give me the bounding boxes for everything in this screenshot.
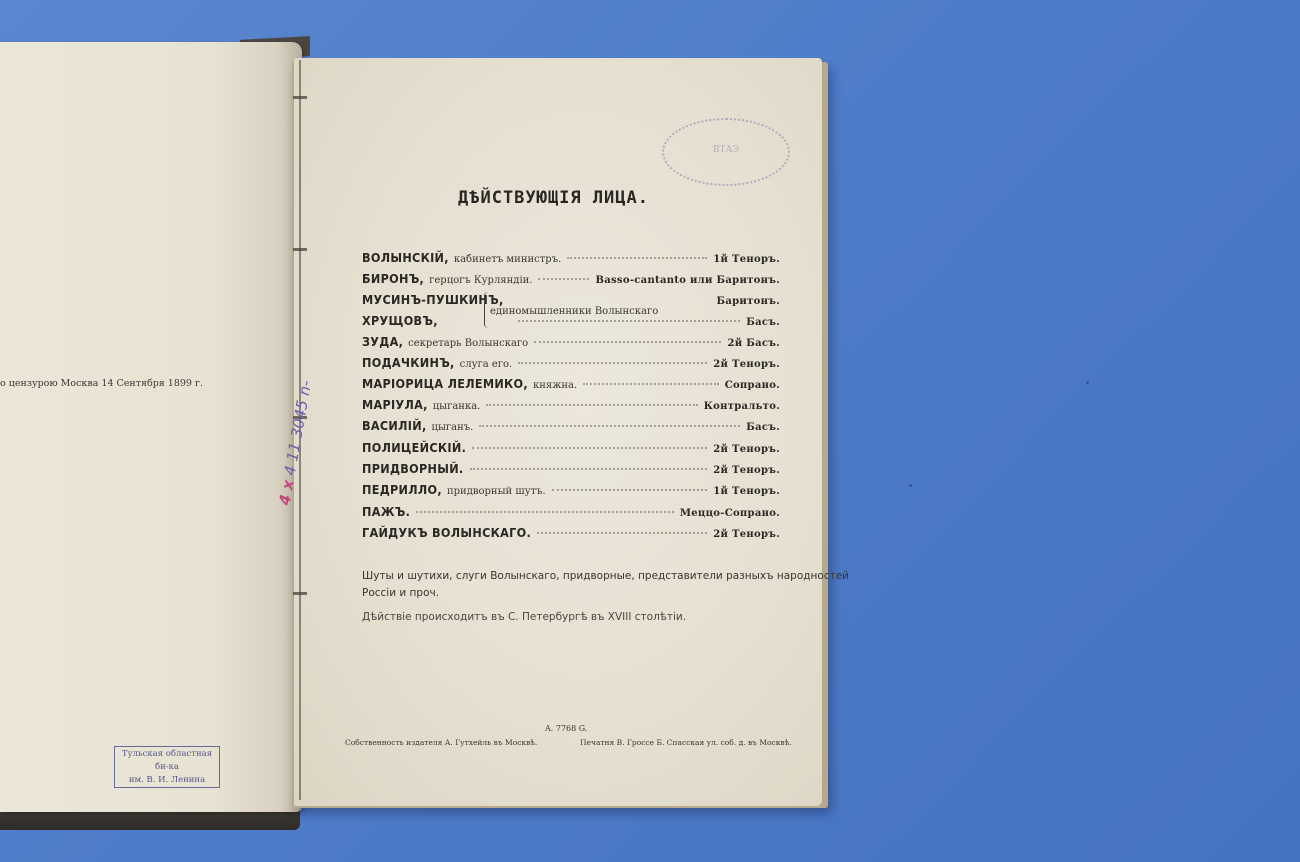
voice-type: 1й Теноръ. (713, 486, 780, 497)
character-name: ХРУЩОВЪ, (362, 313, 438, 328)
cast-row: МАРІОРИЦА ЛЕЛЕМИКО, княжна. Сопрано. (362, 376, 780, 394)
character-name: МУСИНЪ-ПУШКИНЪ, (362, 292, 504, 307)
cast-row: ВАСИЛІЙ, цыганъ. Басъ. (362, 418, 780, 436)
background-speck (1086, 381, 1089, 384)
left-page (0, 42, 302, 812)
binding-knot (293, 248, 307, 251)
character-desc: слуга его. (460, 359, 513, 370)
cast-row: ПОЛИЦЕЙСКІЙ. 2й Теноръ. (362, 440, 780, 458)
character-desc: княжна. (533, 380, 577, 391)
voice-type: 2й Теноръ. (713, 444, 780, 455)
cast-row: ПОДАЧКИНЪ, слуга его. 2й Теноръ. (362, 355, 780, 373)
leader-dots (479, 425, 740, 427)
character-desc: секретарь Волынскаго (408, 338, 528, 349)
voice-type: 2й Теноръ. (713, 359, 780, 370)
character-desc: кабинетъ министръ. (454, 254, 561, 265)
leader-dots (552, 489, 708, 491)
character-desc: цыганъ. (432, 422, 474, 433)
setting-line: Дѣйствіе происходитъ въ С. Петербургѣ въ… (362, 611, 686, 623)
character-name: ПЕДРИЛЛО, (362, 482, 442, 497)
character-name: ВАСИЛІЙ, (362, 418, 427, 433)
cast-row: ПЕДРИЛЛО, придворный шутъ. 1й Теноръ. (362, 482, 780, 500)
leader-dots (518, 320, 740, 322)
character-desc: придворный шутъ. (447, 486, 546, 497)
leader-dots (470, 468, 708, 470)
character-desc: герцогъ Курляндіи. (429, 275, 532, 286)
oval-library-stamp: ВТАЭ (662, 118, 790, 186)
cast-row: МАРІУЛА, цыганка. Контральто. (362, 397, 780, 415)
binding-knot (293, 96, 307, 99)
character-name: ВОЛЫНСКІЙ, (362, 250, 449, 265)
leader-dots (537, 532, 707, 534)
voice-type: 2й Теноръ. (713, 529, 780, 540)
extras-line: Шуты и шутихи, слуги Волынскаго, придвор… (362, 570, 849, 582)
leader-dots (538, 278, 589, 280)
leader-dots (583, 383, 719, 385)
cast-row: ВОЛЫНСКІЙ, кабинетъ министръ. 1й Теноръ. (362, 250, 780, 268)
character-name: МАРІУЛА, (362, 397, 428, 412)
character-name: ЗУДА, (362, 334, 403, 349)
voice-type: Сопрано. (725, 380, 780, 391)
voice-type: 2й Теноръ. (713, 465, 780, 476)
character-name: ПАЖЪ. (362, 504, 410, 519)
voice-type: Basso-cantanto или Баритонъ. (595, 275, 780, 286)
stamp-line: им. В. И. Ленина (115, 774, 219, 787)
cast-row: ПРИДВОРНЫЙ. 2й Теноръ. (362, 461, 780, 479)
leader-dots (416, 511, 674, 513)
cast-row: ГАЙДУКЪ ВОЛЫНСКАГО. 2й Теноръ. (362, 525, 780, 543)
voice-type: Контральто. (704, 401, 780, 412)
voice-type: Меццо-Сопрано. (680, 508, 780, 519)
leader-dots (518, 362, 707, 364)
character-name: ПОЛИЦЕЙСКІЙ. (362, 440, 466, 455)
voice-type: 1й Теноръ. (713, 254, 780, 265)
library-stamp: Тульская областная би-ка им. В. И. Ленин… (114, 746, 220, 788)
character-name: БИРОНЪ, (362, 271, 424, 286)
leader-dots (534, 341, 721, 343)
character-name: ГАЙДУКЪ ВОЛЫНСКАГО. (362, 525, 531, 540)
character-name: ПРИДВОРНЫЙ. (362, 461, 464, 476)
cast-row: ХРУЩОВЪ, Басъ. (362, 313, 780, 331)
plate-number: A. 7768 G. (545, 724, 587, 733)
voice-type: Баритонъ. (717, 296, 780, 307)
binding-knot (293, 592, 307, 595)
cast-row: ЗУДА, секретарь Волынскаго 2й Басъ. (362, 334, 780, 352)
printer-line: Печатня В. Гроссе Б. Спасская ул. соб. д… (580, 738, 792, 747)
publisher-line: Собственность издателя А. Гутхейль въ Мо… (345, 738, 537, 747)
leader-dots (567, 257, 707, 259)
stamp-line: би-ка (115, 761, 219, 774)
voice-type: 2й Басъ. (727, 338, 780, 349)
voice-type: Басъ. (746, 317, 780, 328)
extras-line: Россіи и проч. (362, 587, 439, 599)
page-title: ДѢЙСТВУЮЩІЯ ЛИЦА. (458, 188, 649, 208)
leader-dots (472, 447, 707, 449)
cast-row: ПАЖЪ. Меццо-Сопрано. (362, 504, 780, 522)
handwritten-shelfmark: 4 x 4 11 3045 n- (300, 330, 340, 520)
character-desc: цыганка. (433, 401, 481, 412)
voice-type: Басъ. (746, 422, 780, 433)
character-name: МАРІОРИЦА ЛЕЛЕМИКО, (362, 376, 528, 391)
background-speck (909, 484, 912, 487)
leader-dots (486, 404, 697, 406)
character-name: ПОДАЧКИНЪ, (362, 355, 455, 370)
cast-row: БИРОНЪ, герцогъ Курляндіи. Basso-cantant… (362, 271, 780, 289)
censor-approval-line: о цензурою Москва 14 Сентября 1899 г. (0, 378, 203, 389)
stamp-line: Тульская областная (115, 748, 219, 761)
